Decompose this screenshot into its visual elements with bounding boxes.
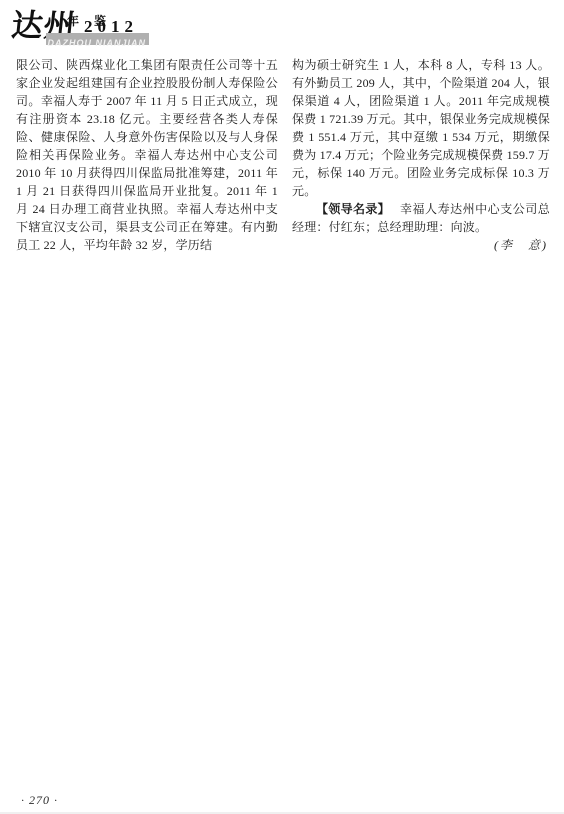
- pinyin-banner: DAZHOU NIANJIAN: [46, 33, 149, 45]
- leaders-section-label: 【领导名录】: [316, 202, 390, 216]
- paragraph-continuation-left: 限公司、陕西煤业化工集团有限责任公司等十五家企业发起组建国有企业控股股份制人寿保…: [16, 56, 278, 254]
- author-byline: (李 意): [292, 236, 550, 254]
- left-column: 限公司、陕西煤业化工集团有限责任公司等十五家企业发起组建国有企业控股股份制人寿保…: [16, 56, 278, 254]
- pinyin-text: DAZHOU NIANJIAN: [47, 38, 146, 48]
- masthead: 达州 年 鉴 2012 DAZHOU NIANJIAN: [0, 0, 564, 50]
- yearbook-page: 达州 年 鉴 2012 DAZHOU NIANJIAN 限公司、陕西煤业化工集团…: [0, 0, 564, 814]
- right-column: 构为硕士研究生 1 人，本科 8 人，专科 13 人。有外勤员工 209 人，其…: [292, 56, 550, 254]
- leaders-paragraph: 【领导名录】幸福人寿达州中心支公司总经理：付红东；总经理助理：向波。: [292, 200, 550, 236]
- article-body: 限公司、陕西煤业化工集团有限责任公司等十五家企业发起组建国有企业控股股份制人寿保…: [16, 56, 550, 254]
- paragraph-continuation-right: 构为硕士研究生 1 人，本科 8 人，专科 13 人。有外勤员工 209 人，其…: [292, 56, 550, 200]
- page-number: · 270 ·: [21, 793, 58, 808]
